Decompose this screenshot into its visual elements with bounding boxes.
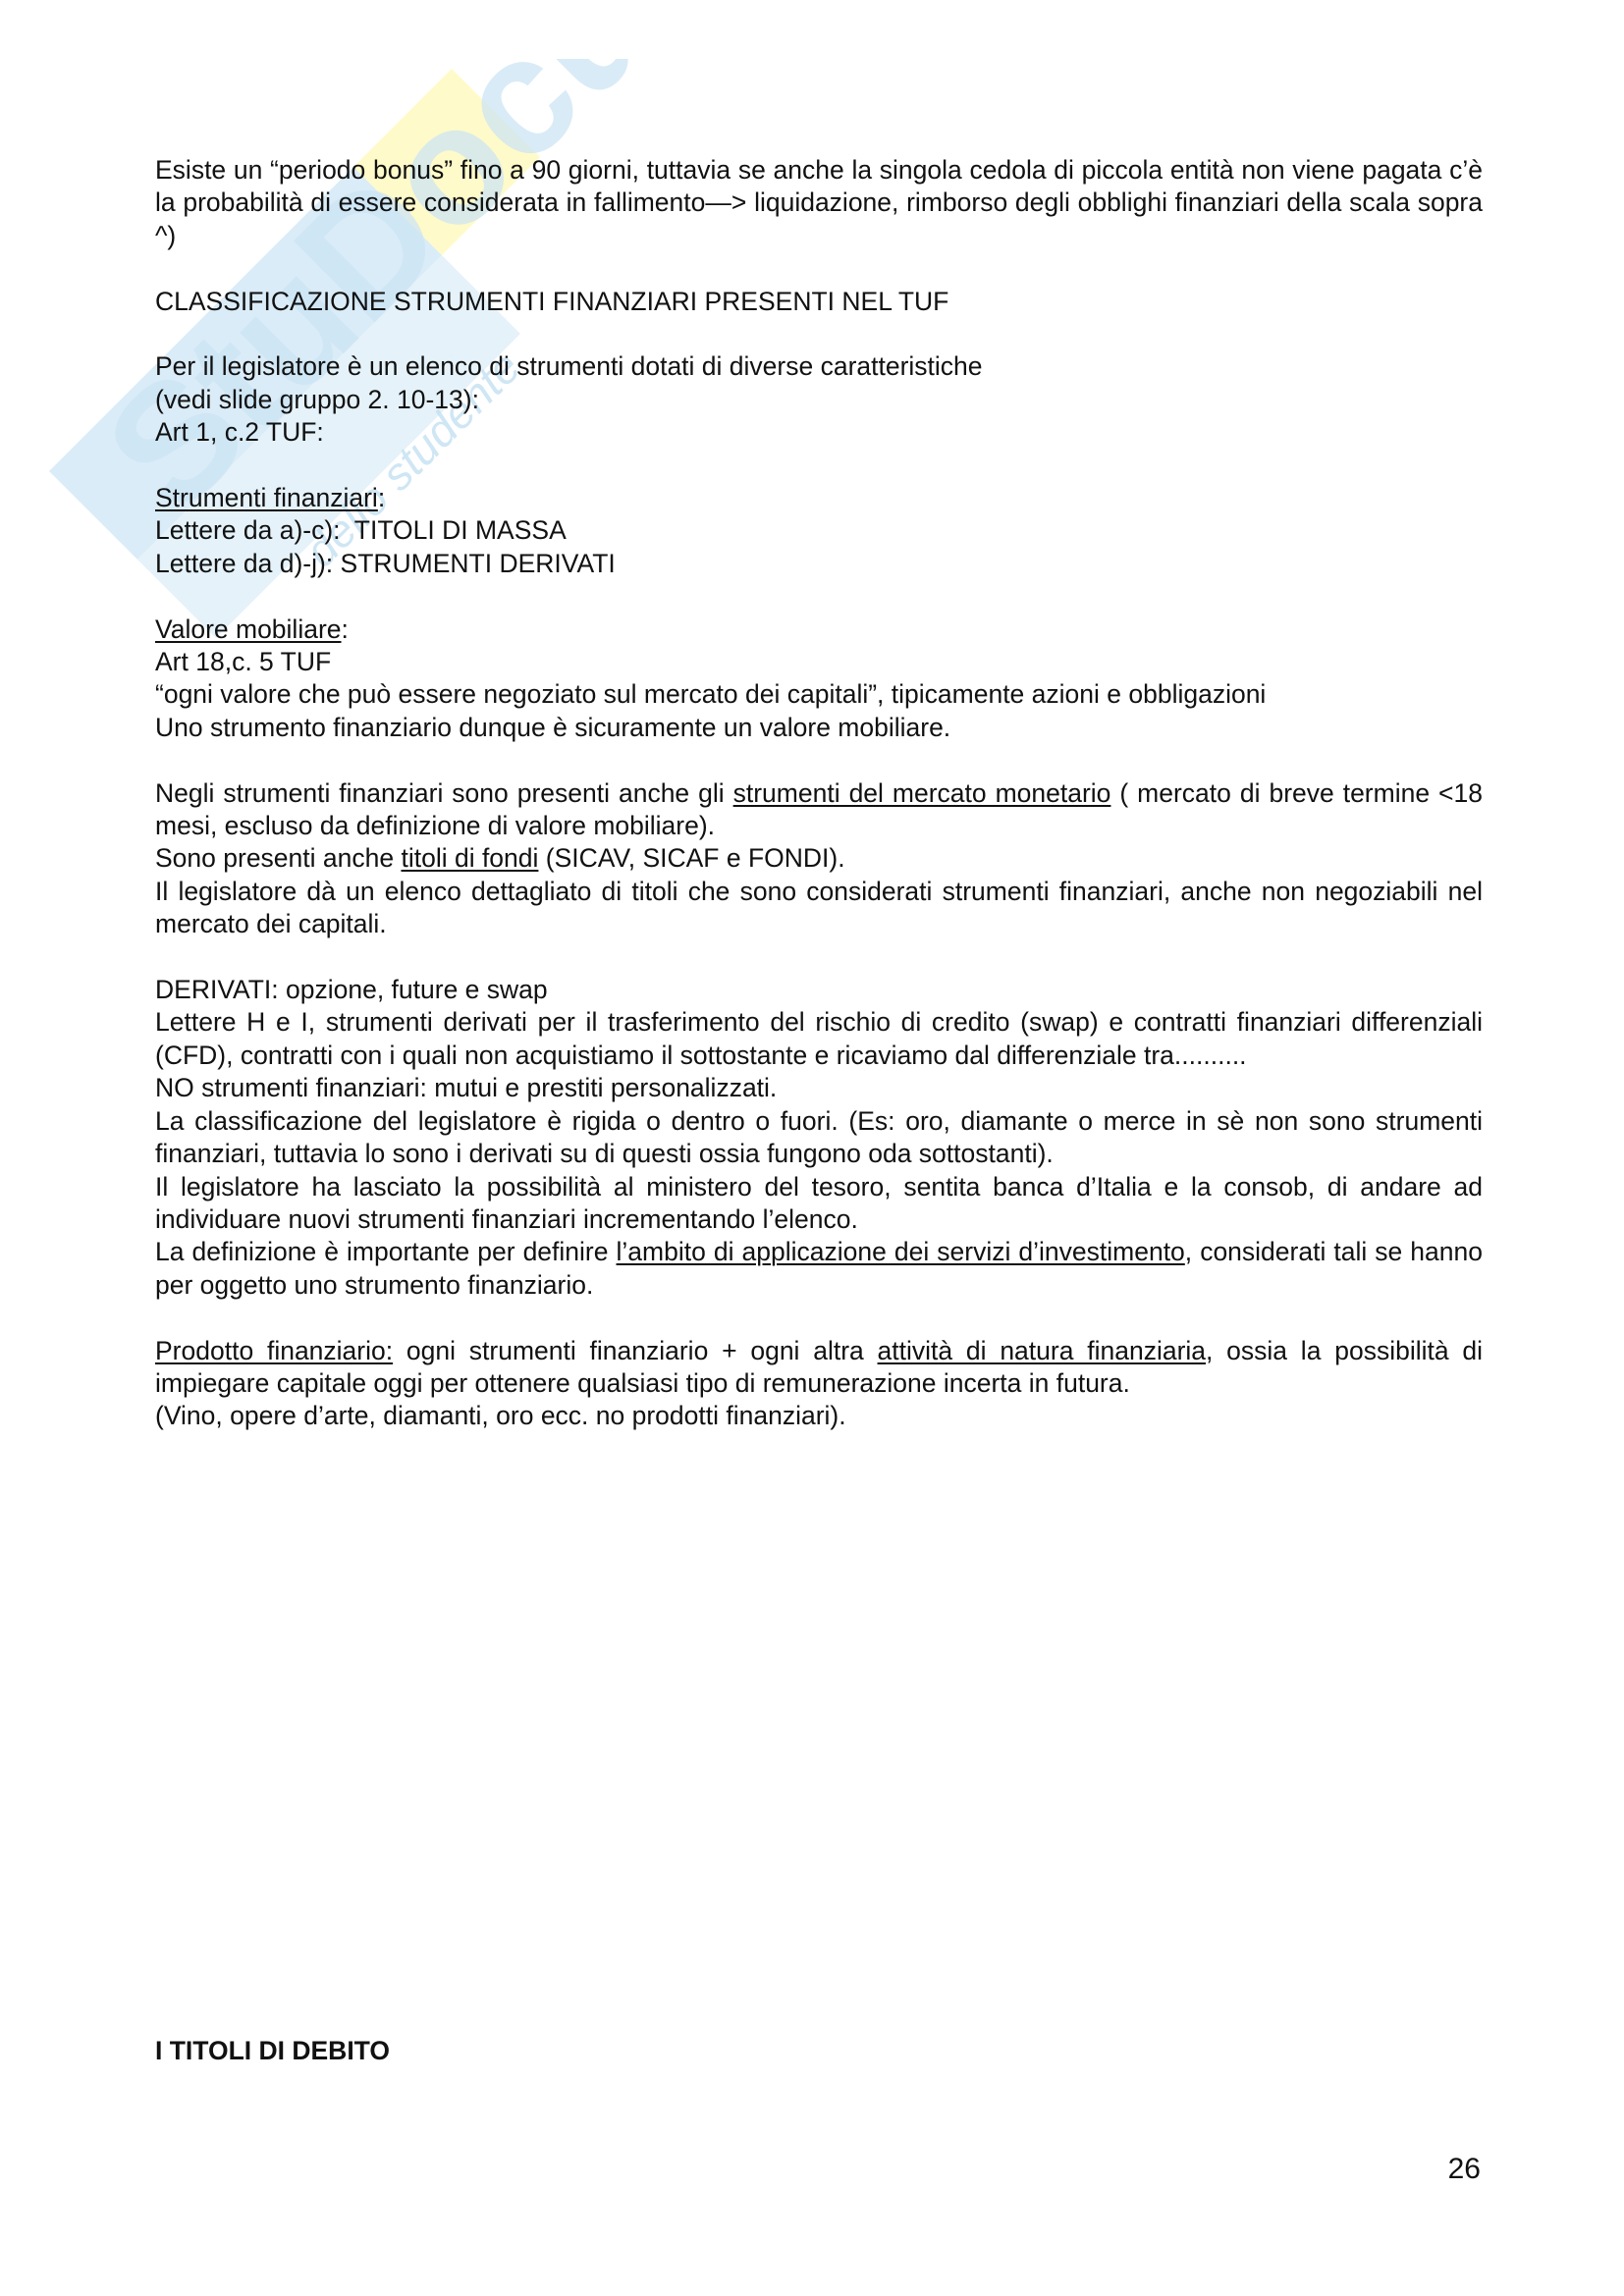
paragraph-classificazione-rigida: La classificazione del legislatore è rig…	[155, 1105, 1483, 1171]
text-line: Lettere da a)-c): TITOLI DI MASSA	[155, 514, 1483, 547]
text-line: Art 1, c.2 TUF:	[155, 416, 1483, 449]
page-number: 26	[1448, 2153, 1481, 2186]
subheading-valore-mobiliare: Valore mobiliare:	[155, 614, 1483, 646]
text-line: Art 18,c. 5 TUF	[155, 646, 1483, 678]
text-line: Lettere da d)-j): STRUMENTI DERIVATI	[155, 548, 1483, 580]
subheading-strumenti-finanziari: Strumenti finanziari:	[155, 482, 1483, 514]
underlined-term: Prodotto finanziario:	[155, 1336, 393, 1365]
underlined-term: l’ambito di applicazione dei servizi d’i…	[617, 1237, 1185, 1266]
text-line: (vedi slide gruppo 2. 10-13):	[155, 384, 1483, 416]
paragraph-titoli-fondi: Sono presenti anche titoli di fondi (SIC…	[155, 842, 1483, 875]
paragraph-definizione: La definizione è importante per definire…	[155, 1236, 1483, 1302]
section-title-classificazione: CLASSIFICAZIONE STRUMENTI FINANZIARI PRE…	[155, 286, 1483, 318]
text-line: “ogni valore che può essere negoziato su…	[155, 678, 1483, 711]
document-body: Esiste un “periodo bonus” fino a 90 gior…	[155, 154, 1483, 1433]
paragraph-no-strumenti: NO strumenti finanziari: mutui e prestit…	[155, 1072, 1483, 1104]
underlined-term: titoli di fondi	[401, 843, 538, 873]
paragraph-periodo-bonus: Esiste un “periodo bonus” fino a 90 gior…	[155, 154, 1483, 252]
section-heading-titoli-di-debito: I TITOLI DI DEBITO	[155, 2036, 390, 2066]
text-line: Uno strumento finanziario dunque è sicur…	[155, 712, 1483, 744]
underlined-term: Valore mobiliare	[155, 614, 342, 644]
underlined-term: Strumenti finanziari	[155, 483, 378, 512]
text-line: (Vino, opere d’arte, diamanti, oro ecc. …	[155, 1400, 1483, 1432]
underlined-term: attività di natura finanziaria	[878, 1336, 1206, 1365]
underlined-term: strumenti del mercato monetario	[733, 778, 1111, 808]
paragraph-elenco-dettagliato: Il legislatore dà un elenco dettagliato …	[155, 876, 1483, 941]
paragraph-mercato-monetario: Negli strumenti finanziari sono presenti…	[155, 777, 1483, 843]
paragraph-derivati: Lettere H e I, strumenti derivati per il…	[155, 1006, 1483, 1072]
paragraph-ministero-tesoro: Il legislatore ha lasciato la possibilit…	[155, 1171, 1483, 1237]
paragraph-prodotto-finanziario: Prodotto finanziario: ogni strumenti fin…	[155, 1335, 1483, 1401]
section-title-derivati: DERIVATI: opzione, future e swap	[155, 974, 1483, 1006]
text-line: Per il legislatore è un elenco di strume…	[155, 350, 1483, 383]
document-page: StuDocu dello studente Esiste un “period…	[0, 0, 1624, 2296]
